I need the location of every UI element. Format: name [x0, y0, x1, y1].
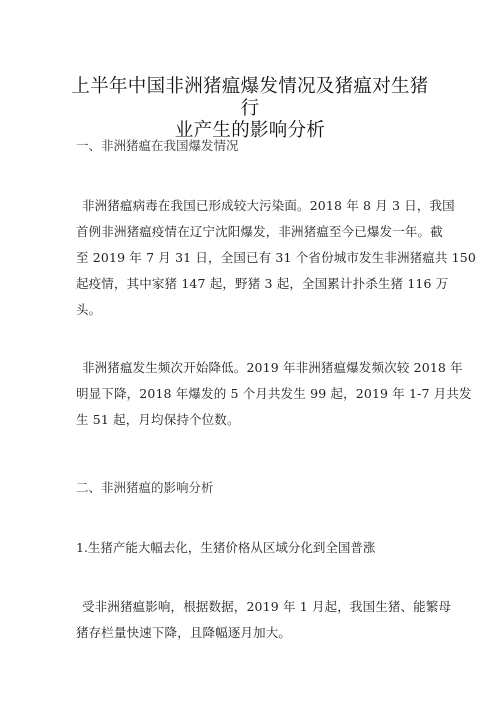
paragraph-line: 起疫情，其中家猪 147 起，野猪 3 起，全国累计扑杀生猪 116 万 [76, 271, 426, 297]
paragraph-outbreak-overview: 非洲猪瘟病毒在我国已形成较大污染面。2018 年 8 月 3 日，我国 首例非洲… [76, 193, 426, 323]
section-heading-2: 二、非洲猪瘟的影响分析 [76, 480, 214, 496]
title-line-1: 上半年中国非洲猪瘟爆发情况及猪瘟对生猪行 [70, 76, 430, 120]
document-page: 上半年中国非洲猪瘟爆发情况及猪瘟对生猪行 业产生的影响分析 一、非洲猪瘟在我国爆… [0, 0, 500, 707]
paragraph-line: 受非洲猪瘟影响，根据数据，2019 年 1 月起，我国生猪、能繁母 [76, 594, 426, 620]
paragraph-line: 明显下降，2018 年爆发的 5 个月共发生 99 起，2019 年 1-7 月… [76, 381, 426, 407]
section-heading-1: 一、非洲猪瘟在我国爆发情况 [76, 138, 239, 154]
paragraph-line: 非洲猪瘟发生频次开始降低。2019 年非洲猪瘟爆发频次较 2018 年 [76, 355, 426, 381]
document-title: 上半年中国非洲猪瘟爆发情况及猪瘟对生猪行 业产生的影响分析 [70, 76, 430, 142]
paragraph-line: 至 2019 年 7 月 31 日，全国已有 31 个省份城市发生非洲猪瘟共 1… [76, 245, 426, 271]
paragraph-line: 猪存栏量快速下降，且降幅逐月加大。 [76, 620, 426, 646]
subsection-heading-1: 1.生猪产能大幅去化，生猪价格从区域分化到全国普涨 [76, 540, 375, 556]
paragraph-line: 非洲猪瘟病毒在我国已形成较大污染面。2018 年 8 月 3 日，我国 [76, 193, 426, 219]
paragraph-line: 首例非洲猪瘟疫情在辽宁沈阳爆发，非洲猪瘟至今已爆发一年。截 [76, 219, 426, 245]
paragraph-line: 头。 [76, 297, 426, 323]
paragraph-inventory-decline: 受非洲猪瘟影响，根据数据，2019 年 1 月起，我国生猪、能繁母 猪存栏量快速… [76, 594, 426, 646]
paragraph-line: 生 51 起，月均保持个位数。 [76, 407, 426, 433]
paragraph-outbreak-frequency: 非洲猪瘟发生频次开始降低。2019 年非洲猪瘟爆发频次较 2018 年 明显下降… [76, 355, 426, 433]
